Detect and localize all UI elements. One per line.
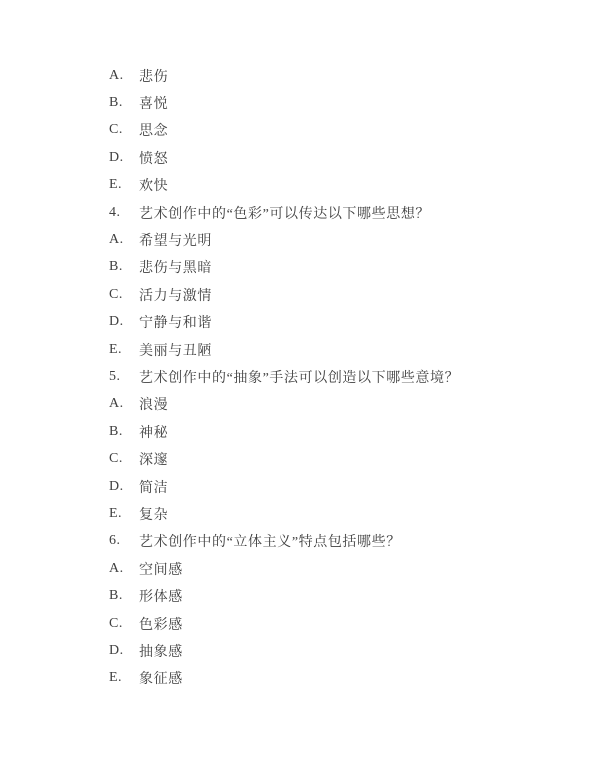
- option-letter: C.: [109, 122, 139, 138]
- option-line: B. 形体感: [109, 582, 570, 609]
- option-line: D. 宁静与和谐: [109, 309, 570, 336]
- option-text: 形体感: [139, 586, 183, 606]
- option-line: B. 喜悦: [109, 89, 570, 116]
- question-line: 4. 艺术创作中的“色彩”可以传达以下哪些思想？: [109, 199, 570, 226]
- option-letter: A.: [109, 232, 139, 248]
- option-line: C. 活力与激情: [109, 281, 570, 308]
- option-text: 深邃: [139, 449, 168, 469]
- option-letter: C.: [109, 451, 139, 467]
- option-line: A. 浪漫: [109, 391, 570, 418]
- option-line: B. 神秘: [109, 418, 570, 445]
- question-line: 5. 艺术创作中的“抽象”手法可以创造以下哪些意境？: [109, 363, 570, 390]
- option-text: 希望与光明: [139, 230, 212, 250]
- option-line: E. 美丽与丑陋: [109, 336, 570, 363]
- option-text: 欢快: [139, 175, 168, 195]
- option-line: E. 象征感: [109, 665, 570, 692]
- option-letter: A.: [109, 396, 139, 412]
- option-letter: C.: [109, 616, 139, 632]
- question-stem: 艺术创作中的“色彩”可以传达以下哪些思想？: [139, 203, 430, 223]
- option-line: D. 抽象感: [109, 637, 570, 664]
- option-line: C. 色彩感: [109, 610, 570, 637]
- option-text: 宁静与和谐: [139, 312, 212, 332]
- option-letter: C.: [109, 287, 139, 303]
- option-text: 色彩感: [139, 614, 183, 634]
- document-page: A. 悲伤 B. 喜悦 C. 思念 D. 愤怒 E. 欢快 4. 艺术创作中的“…: [0, 0, 600, 776]
- option-letter: A.: [109, 68, 139, 84]
- option-text: 空间感: [139, 559, 183, 579]
- option-line: E. 复杂: [109, 500, 570, 527]
- option-line: D. 愤怒: [109, 144, 570, 171]
- question-number: 6.: [109, 533, 139, 549]
- option-text: 美丽与丑陋: [139, 340, 212, 360]
- option-letter: E.: [109, 342, 139, 358]
- option-letter: B.: [109, 259, 139, 275]
- option-letter: B.: [109, 424, 139, 440]
- option-letter: E.: [109, 670, 139, 686]
- option-letter: D.: [109, 150, 139, 166]
- option-letter: E.: [109, 177, 139, 193]
- question-number: 5.: [109, 369, 139, 385]
- option-letter: A.: [109, 561, 139, 577]
- option-letter: E.: [109, 506, 139, 522]
- option-letter: B.: [109, 588, 139, 604]
- option-text: 简洁: [139, 477, 168, 497]
- option-line: B. 悲伤与黑暗: [109, 254, 570, 281]
- option-text: 活力与激情: [139, 285, 212, 305]
- option-letter: D.: [109, 314, 139, 330]
- option-text: 喜悦: [139, 93, 168, 113]
- option-text: 思念: [139, 120, 168, 140]
- option-line: C. 深邃: [109, 445, 570, 472]
- option-text: 悲伤: [139, 66, 168, 86]
- option-text: 神秘: [139, 422, 168, 442]
- option-line: A. 悲伤: [109, 62, 570, 89]
- option-text: 愤怒: [139, 148, 168, 168]
- option-text: 复杂: [139, 504, 168, 524]
- question-stem: 艺术创作中的“立体主义”特点包括哪些？: [139, 531, 401, 551]
- option-letter: B.: [109, 95, 139, 111]
- option-line: A. 空间感: [109, 555, 570, 582]
- question-line: 6. 艺术创作中的“立体主义”特点包括哪些？: [109, 528, 570, 555]
- option-line: C. 思念: [109, 117, 570, 144]
- option-text: 抽象感: [139, 641, 183, 661]
- option-letter: D.: [109, 643, 139, 659]
- option-text: 象征感: [139, 668, 183, 688]
- option-text: 浪漫: [139, 394, 168, 414]
- question-stem: 艺术创作中的“抽象”手法可以创造以下哪些意境？: [139, 367, 459, 387]
- option-line: D. 简洁: [109, 473, 570, 500]
- option-line: A. 希望与光明: [109, 226, 570, 253]
- option-letter: D.: [109, 479, 139, 495]
- option-line: E. 欢快: [109, 172, 570, 199]
- question-number: 4.: [109, 205, 139, 221]
- option-text: 悲伤与黑暗: [139, 257, 212, 277]
